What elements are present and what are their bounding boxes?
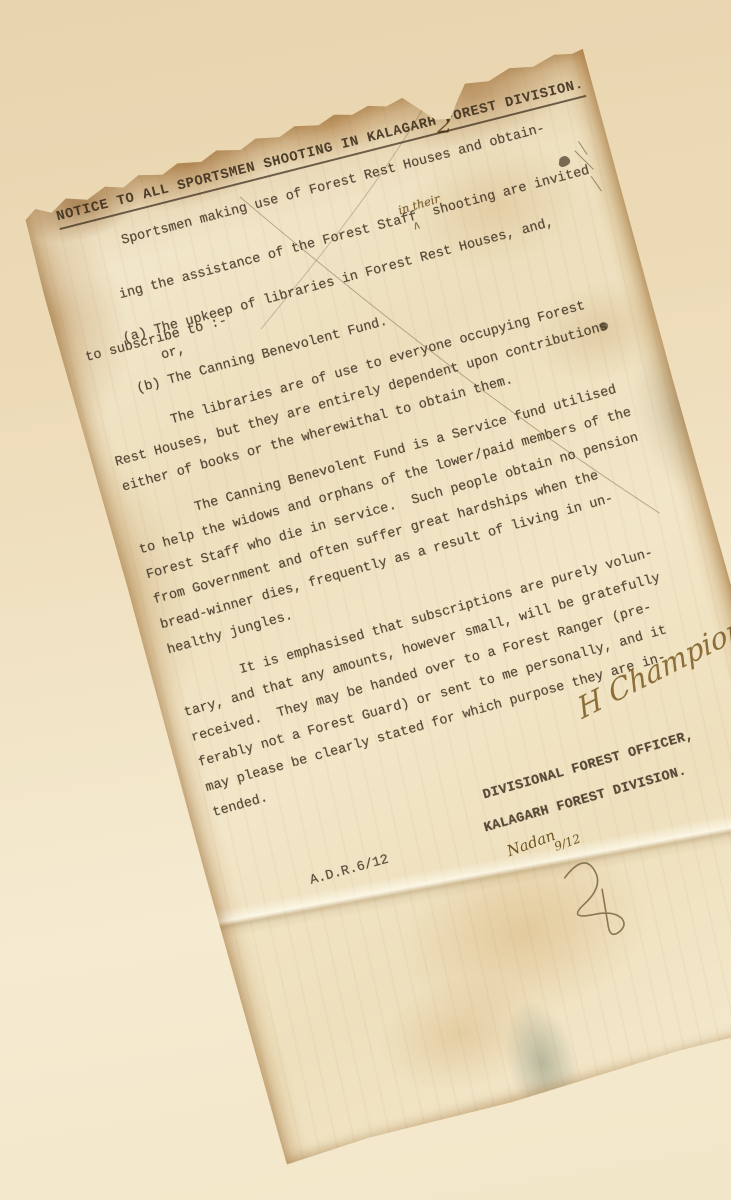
insertion-point: in their^ <box>415 209 419 223</box>
fold-crease <box>197 797 731 943</box>
handwritten-flourish <box>562 857 626 943</box>
handwritten-place: Nadan <box>504 826 557 860</box>
document-paper: 2 NOTICE TO ALL SPORTSMEN SHOOTING IN KA… <box>18 45 731 1165</box>
footer-reference: A.D.R.6/12 <box>308 853 390 889</box>
handwritten-date: 9/12 <box>552 831 582 853</box>
division-line: KALAGARH FOREST DIVISION. <box>482 764 688 836</box>
typed-text: shooting are invited <box>415 164 591 224</box>
